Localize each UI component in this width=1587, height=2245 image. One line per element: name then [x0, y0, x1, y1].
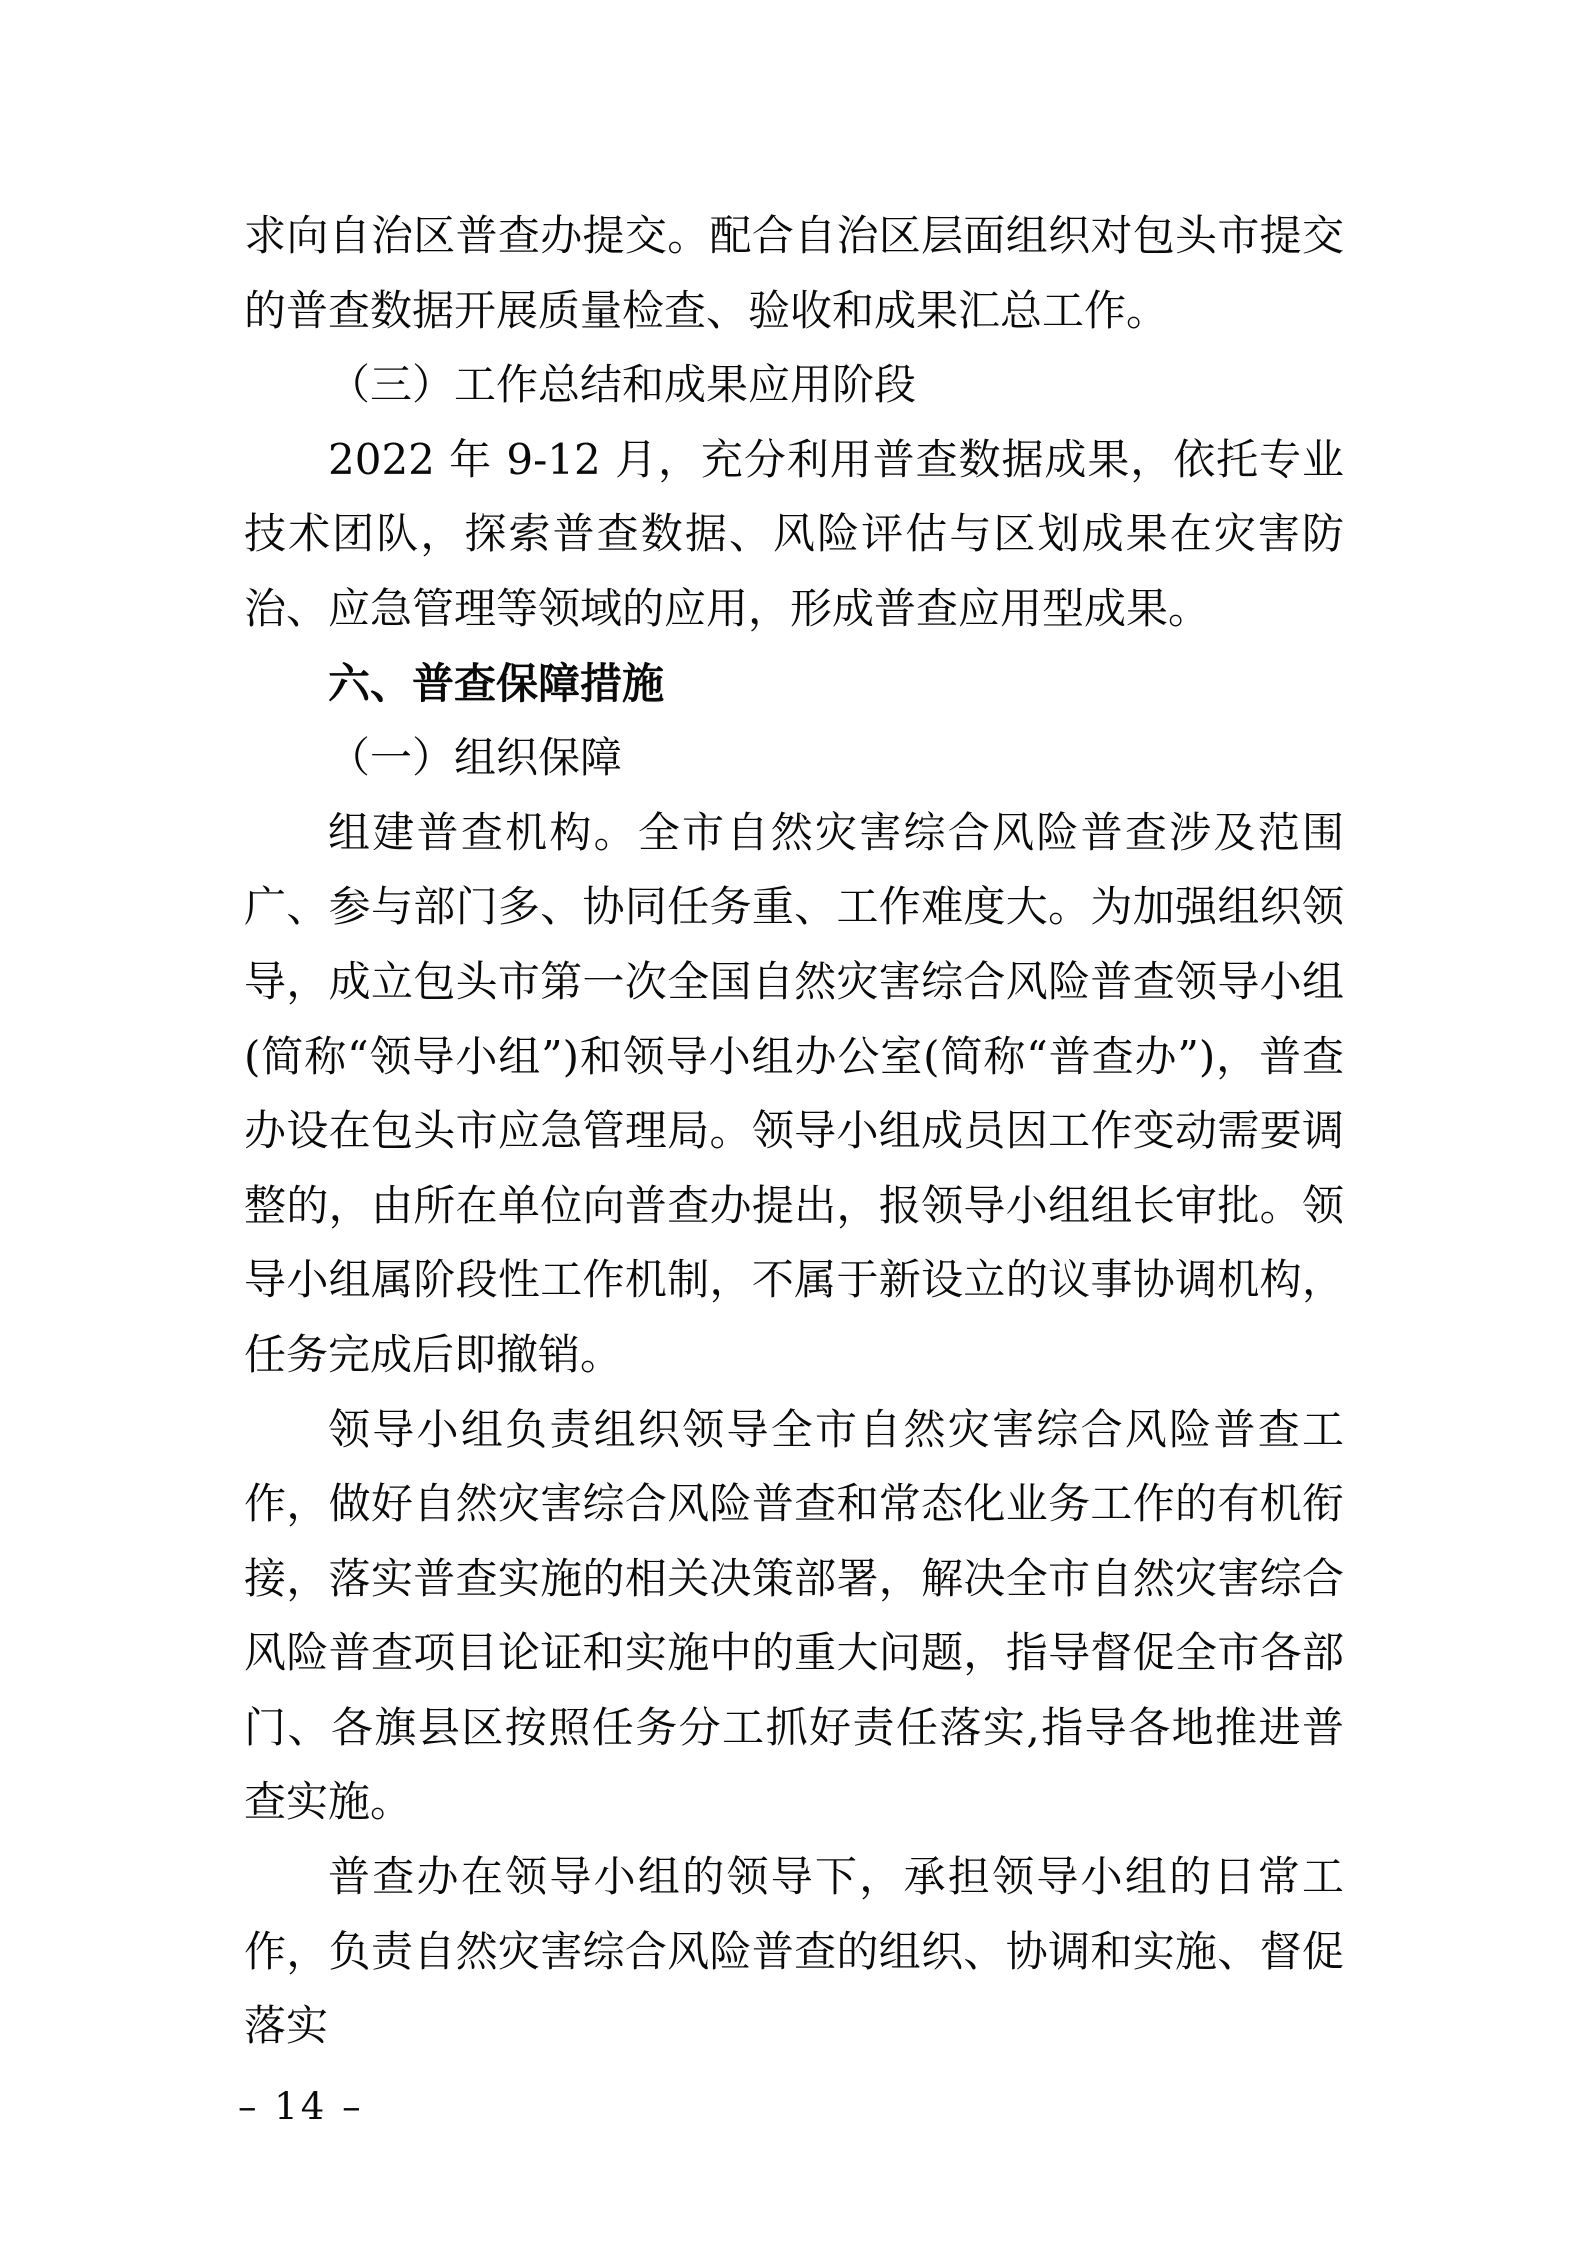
- document-page: 求向自治区普查办提交。配合自治区层面组织对包头市提交的普查数据开展质量检查、验收…: [0, 0, 1587, 2245]
- paragraph-stage-three-body: 2022 年 9-12 月，充分利用普查数据成果，依托专业技术团队，探索普查数据…: [244, 423, 1344, 647]
- sub-heading-organizational-safeguard: （一）组织保障: [244, 721, 1344, 796]
- document-body: 求向自治区普查办提交。配合自治区层面组织对包头市提交的普查数据开展质量检查、验收…: [244, 199, 1344, 2064]
- sub-heading-stage-three: （三）工作总结和成果应用阶段: [244, 348, 1344, 423]
- paragraph-continuation: 求向自治区普查办提交。配合自治区层面组织对包头市提交的普查数据开展质量检查、验收…: [244, 199, 1344, 348]
- paragraph-survey-organization: 组建普查机构。全市自然灾害综合风险普查涉及范围广、参与部门多、协同任务重、工作难…: [244, 796, 1344, 1393]
- section-heading-six-safeguards: 六、普查保障措施: [244, 647, 1344, 722]
- paragraph-leading-group-duties: 领导小组负责组织领导全市自然灾害综合风险普查工作，做好自然灾害综合风险普查和常态…: [244, 1393, 1344, 1841]
- paragraph-survey-office-duties: 普查办在领导小组的领导下，承担领导小组的日常工作，负责自然灾害综合风险普查的组织…: [244, 1840, 1344, 2064]
- page-number: – 14 –: [238, 2086, 364, 2128]
